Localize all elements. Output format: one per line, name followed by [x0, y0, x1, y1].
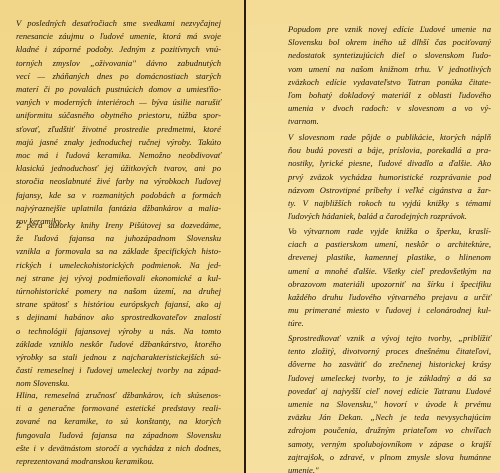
text-line: samoty, verným spolubojovníkom v zápase …	[288, 438, 491, 451]
text-line: každého druhu ľudového výtvarného prejav…	[288, 291, 491, 304]
text-line: povedať aj najvyšší cieľ novej edície Ta…	[288, 385, 491, 398]
text-line: Sprostredkovať vznik a vývoj tejto tvorb…	[288, 332, 491, 345]
text-line: strane spätosť s históriou európskych fa…	[16, 298, 221, 311]
left-paragraph-1: V posledných desaťročiach sme svedkami n…	[16, 17, 221, 228]
text-line: storočia neoslabnuté živé farby na výrob…	[16, 175, 221, 188]
text-line: renesancie záujmu o ľudové umenie, ktorá…	[16, 30, 221, 43]
text-line: ti a generačne formované estetické preds…	[16, 402, 221, 415]
text-line: ciach a pastierskom umení, neskôr o arch…	[288, 238, 491, 251]
text-line: ty. V najbližších rokoch tu vyjdú knižky…	[288, 197, 491, 210]
text-line: moc má i ľudová keramika. Nemožno neobdi…	[16, 149, 221, 162]
text-line: zdrojom poučenia, družným priateľom vo c…	[288, 424, 491, 437]
left-paragraph-3: Hlina, remeselná zručnosť džbankárov, ic…	[16, 389, 221, 468]
text-line: prvý zväzok vychádza humoristické rozprá…	[288, 171, 491, 184]
text-line: rických i umeleckohistorických podmienok…	[16, 259, 221, 272]
text-line: sťovať, zľudštiť životné prostredie pred…	[16, 123, 221, 136]
text-line: že ľudová fajansa na juhozápadnom Sloven…	[16, 232, 221, 245]
text-line: základe vzniklo neskôr ľudové džbankárst…	[16, 338, 221, 351]
text-line: Hlina, remeselná zručnosť džbankárov, ic…	[16, 389, 221, 402]
text-line: Vo výtvarnom rade vyjde knižka o šperku,…	[288, 225, 491, 238]
text-line: ešte i v devätnástom storočí a vychádza …	[16, 442, 221, 455]
right-paragraph-4: Sprostredkovať vznik a vývoj tejto tvorb…	[288, 332, 491, 473]
text-line: dôverne ho zasvätiť do zrečnenej histori…	[288, 358, 491, 371]
text-line: zväzkoch edície vydavateľstvo Tatran pon…	[288, 76, 491, 89]
text-line: klasickú jednoduchosť jej úžitkových tva…	[16, 162, 221, 175]
text-line: nedostatok syntetizujúcich diel o sloven…	[288, 49, 491, 62]
text-line: umenie na Slovensku," hovorí v úvode k p…	[288, 398, 491, 411]
text-line: častí remeselnej i ľudovej umeleckej tvo…	[16, 364, 221, 377]
text-line: kladné i záporné podoby. Jedným z pozití…	[16, 43, 221, 56]
text-line: vom umení na našom knižnom trhu. V jedno…	[288, 63, 491, 76]
text-line: ľudovej umeleckej tvorby, to je základný…	[288, 372, 491, 385]
text-line: nej strane jej vývoj podmieňovali ekonom…	[16, 272, 221, 285]
text-line: reprezentovaná modranskou keramikou.	[16, 455, 221, 468]
text-line: umení a mnohé ďalšie. Všetky cieľ predov…	[288, 265, 491, 278]
text-line: najvýraznejšie uplatnila fantázia džbank…	[16, 202, 221, 215]
page-divider	[244, 0, 246, 473]
text-line: zväzku Ján Dekan. „Nech je teda nevysych…	[288, 411, 491, 424]
text-line: mu primerané miesto v ľudovej i celonáro…	[288, 304, 491, 317]
text-line: názvom Ostrovtipné príbehy i veľké cigán…	[288, 184, 491, 197]
text-line: ľom bohatý dokladový materiál z oblasti …	[288, 89, 491, 102]
text-line: materí či po povalách pustnúcich domov a…	[16, 83, 221, 96]
right-paragraph-3: Vo výtvarnom rade vyjde knižka o šperku,…	[288, 225, 491, 331]
text-line: obrazovom materiáli upozorniť na šírku i…	[288, 278, 491, 291]
text-line: zované na keramike, to sú konštanty, na …	[16, 415, 221, 428]
text-line: ľudových hádaniek, balád a čarodejných r…	[288, 210, 491, 223]
right-paragraph-1: Popudom pre vznik novej edície Ľudové um…	[288, 23, 491, 129]
text-line: ňou budú povesti a báje, príslovia, pore…	[288, 144, 491, 157]
text-line: o technológii fajansovej výroby u nás. N…	[16, 325, 221, 338]
right-paragraph-2: V slovesnom rade pôjde o publikácie, kto…	[288, 131, 491, 223]
text-line: vecí — zháňaných dnes po domácnostiach s…	[16, 70, 221, 83]
text-line: uniformitu súčasného obytného priestoru,…	[16, 109, 221, 122]
text-line: drevenej plastike, kamennej plastike, o …	[288, 251, 491, 264]
left-paragraph-2: Z pera autorky knihy Ireny Pišútovej sa …	[16, 219, 221, 391]
text-line: V posledných desaťročiach sme svedkami n…	[16, 17, 221, 30]
text-line: vaných v moderných interiéroch — býva ús…	[16, 96, 221, 109]
text-line: V slovesnom rade pôjde o publikácie, kto…	[288, 131, 491, 144]
text-line: nostiky, lyrické piesne, ľudové divadlo …	[288, 157, 491, 170]
text-line: tento zložitý, divotvorný proces dnešném…	[288, 345, 491, 358]
text-line: Slovensku bol okrem iného už dlhší čas p…	[288, 36, 491, 49]
text-line: výrobky sa stali jednou z najcharakteris…	[16, 351, 221, 364]
text-line: umenie."	[288, 464, 491, 473]
text-line: majú jasné znaky jednoduchej ručnej výro…	[16, 136, 221, 149]
text-line: túre.	[288, 317, 491, 330]
text-line: fajansy, kde sa v rozmanitých podobách a…	[16, 189, 221, 202]
text-line: umenia v dvoch radoch: v slovesnom a vo …	[288, 102, 491, 115]
text-line: fungovala ľudová fajansa na západnom Slo…	[16, 429, 221, 442]
text-line: Popudom pre vznik novej edície Ľudové um…	[288, 23, 491, 36]
text-line: Z pera autorky knihy Ireny Pišútovej sa …	[16, 219, 221, 232]
text-line: vznikla a formovala sa na základe špecif…	[16, 245, 221, 258]
text-line: torných zmyslov „oživovania" dávno zabud…	[16, 57, 221, 70]
text-line: túrnohistorické pomery na našom území, n…	[16, 285, 221, 298]
text-line: s dejinami habánov ako sprostredkovateľo…	[16, 311, 221, 324]
text-line: zajtrajšok, o zdravé, v plnom zmysle slo…	[288, 451, 491, 464]
text-line: tvarnom.	[288, 115, 491, 128]
